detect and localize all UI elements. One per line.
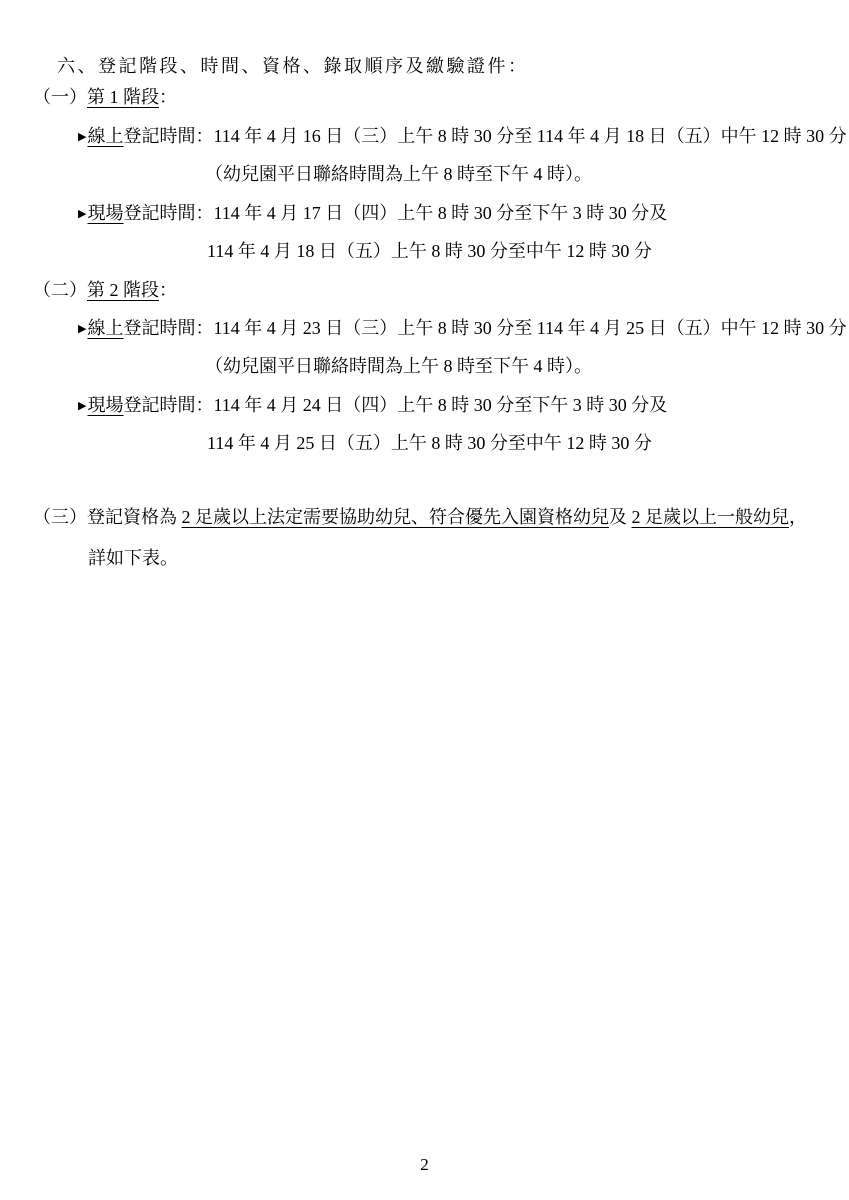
stage2-online-registration-line: ▶線上登記時間：114 年 4 月 23 日（三）上午 8 時 30 分至 11… — [78, 315, 847, 342]
online-label-rest: 登記時間： — [123, 126, 213, 146]
subsection-2-label: （二） — [33, 280, 87, 300]
eligibility-tail: ， — [789, 507, 807, 527]
subsection-2-title: （二）第 2 階段： — [33, 277, 177, 303]
subsection-1-colon: ： — [159, 87, 177, 107]
onsite-label-underlined: 現場 — [87, 395, 123, 415]
stage1-online-registration-line: ▶線上登記時間：114 年 4 月 16 日（三）上午 8 時 30 分至 11… — [78, 123, 847, 150]
onsite-label-rest: 登記時間： — [123, 395, 213, 415]
onsite-label-rest: 登記時間： — [123, 203, 213, 223]
subsection-3-label: （三） — [33, 507, 87, 527]
stage1-contact-hours-note: （幼兒園平日聯絡時間為上午 8 時至下午 4 時）。 — [205, 161, 592, 187]
bullet-triangle-icon: ▶ — [78, 201, 86, 227]
subsection-3-continuation: 詳如下表。 — [88, 545, 178, 571]
stage2-contact-hours-note: （幼兒園平日聯絡時間為上午 8 時至下午 4 時）。 — [205, 353, 592, 379]
bullet-triangle-icon: ▶ — [78, 316, 86, 342]
online-label-underlined: 線上 — [87, 318, 123, 338]
online-label-underlined: 線上 — [87, 126, 123, 146]
eligibility-intro: 登記資格為 — [87, 507, 182, 527]
page-number: 2 — [0, 1155, 849, 1175]
stage1-onsite-datetime-continuation: 114 年 4 月 18 日（五）上午 8 時 30 分至中午 12 時 30 … — [207, 238, 652, 264]
subsection-2-stage: 第 2 階段 — [87, 280, 159, 300]
eligibility-mid: 及 — [609, 507, 632, 527]
document-page: 六、登記階段、時間、資格、錄取順序及繳驗證件： （一）第 1 階段： ▶線上登記… — [0, 0, 849, 1200]
subsection-1-label: （一） — [33, 87, 87, 107]
stage1-onsite-registration-line: ▶現場登記時間：114 年 4 月 17 日（四）上午 8 時 30 分至下午 … — [78, 200, 667, 227]
online-label-rest: 登記時間： — [123, 318, 213, 338]
eligibility-group-1: 2 足歲以上法定需要協助幼兒、符合優先入園資格幼兒 — [182, 507, 610, 527]
stage2-onsite-registration-line: ▶現場登記時間：114 年 4 月 24 日（四）上午 8 時 30 分至下午 … — [78, 392, 667, 419]
stage1-onsite-datetime: 114 年 4 月 17 日（四）上午 8 時 30 分至下午 3 時 30 分… — [213, 203, 667, 223]
stage2-online-datetime: 114 年 4 月 23 日（三）上午 8 時 30 分至 114 年 4 月 … — [213, 318, 846, 338]
section-heading: 六、登記階段、時間、資格、錄取順序及繳驗證件： — [57, 53, 529, 79]
subsection-3-eligibility-line: （三）登記資格為 2 足歲以上法定需要協助幼兒、符合優先入園資格幼兒及 2 足歲… — [33, 504, 807, 530]
bullet-triangle-icon: ▶ — [78, 393, 86, 419]
stage2-onsite-datetime-continuation: 114 年 4 月 25 日（五）上午 8 時 30 分至中午 12 時 30 … — [207, 430, 652, 456]
stage2-onsite-datetime: 114 年 4 月 24 日（四）上午 8 時 30 分至下午 3 時 30 分… — [213, 395, 667, 415]
subsection-1-stage: 第 1 階段 — [87, 87, 159, 107]
eligibility-group-2: 2 足歲以上一般幼兒 — [632, 507, 790, 527]
subsection-2-colon: ： — [159, 280, 177, 300]
subsection-1-title: （一）第 1 階段： — [33, 84, 177, 110]
onsite-label-underlined: 現場 — [87, 203, 123, 223]
bullet-triangle-icon: ▶ — [78, 124, 86, 150]
stage1-online-datetime: 114 年 4 月 16 日（三）上午 8 時 30 分至 114 年 4 月 … — [213, 126, 846, 146]
